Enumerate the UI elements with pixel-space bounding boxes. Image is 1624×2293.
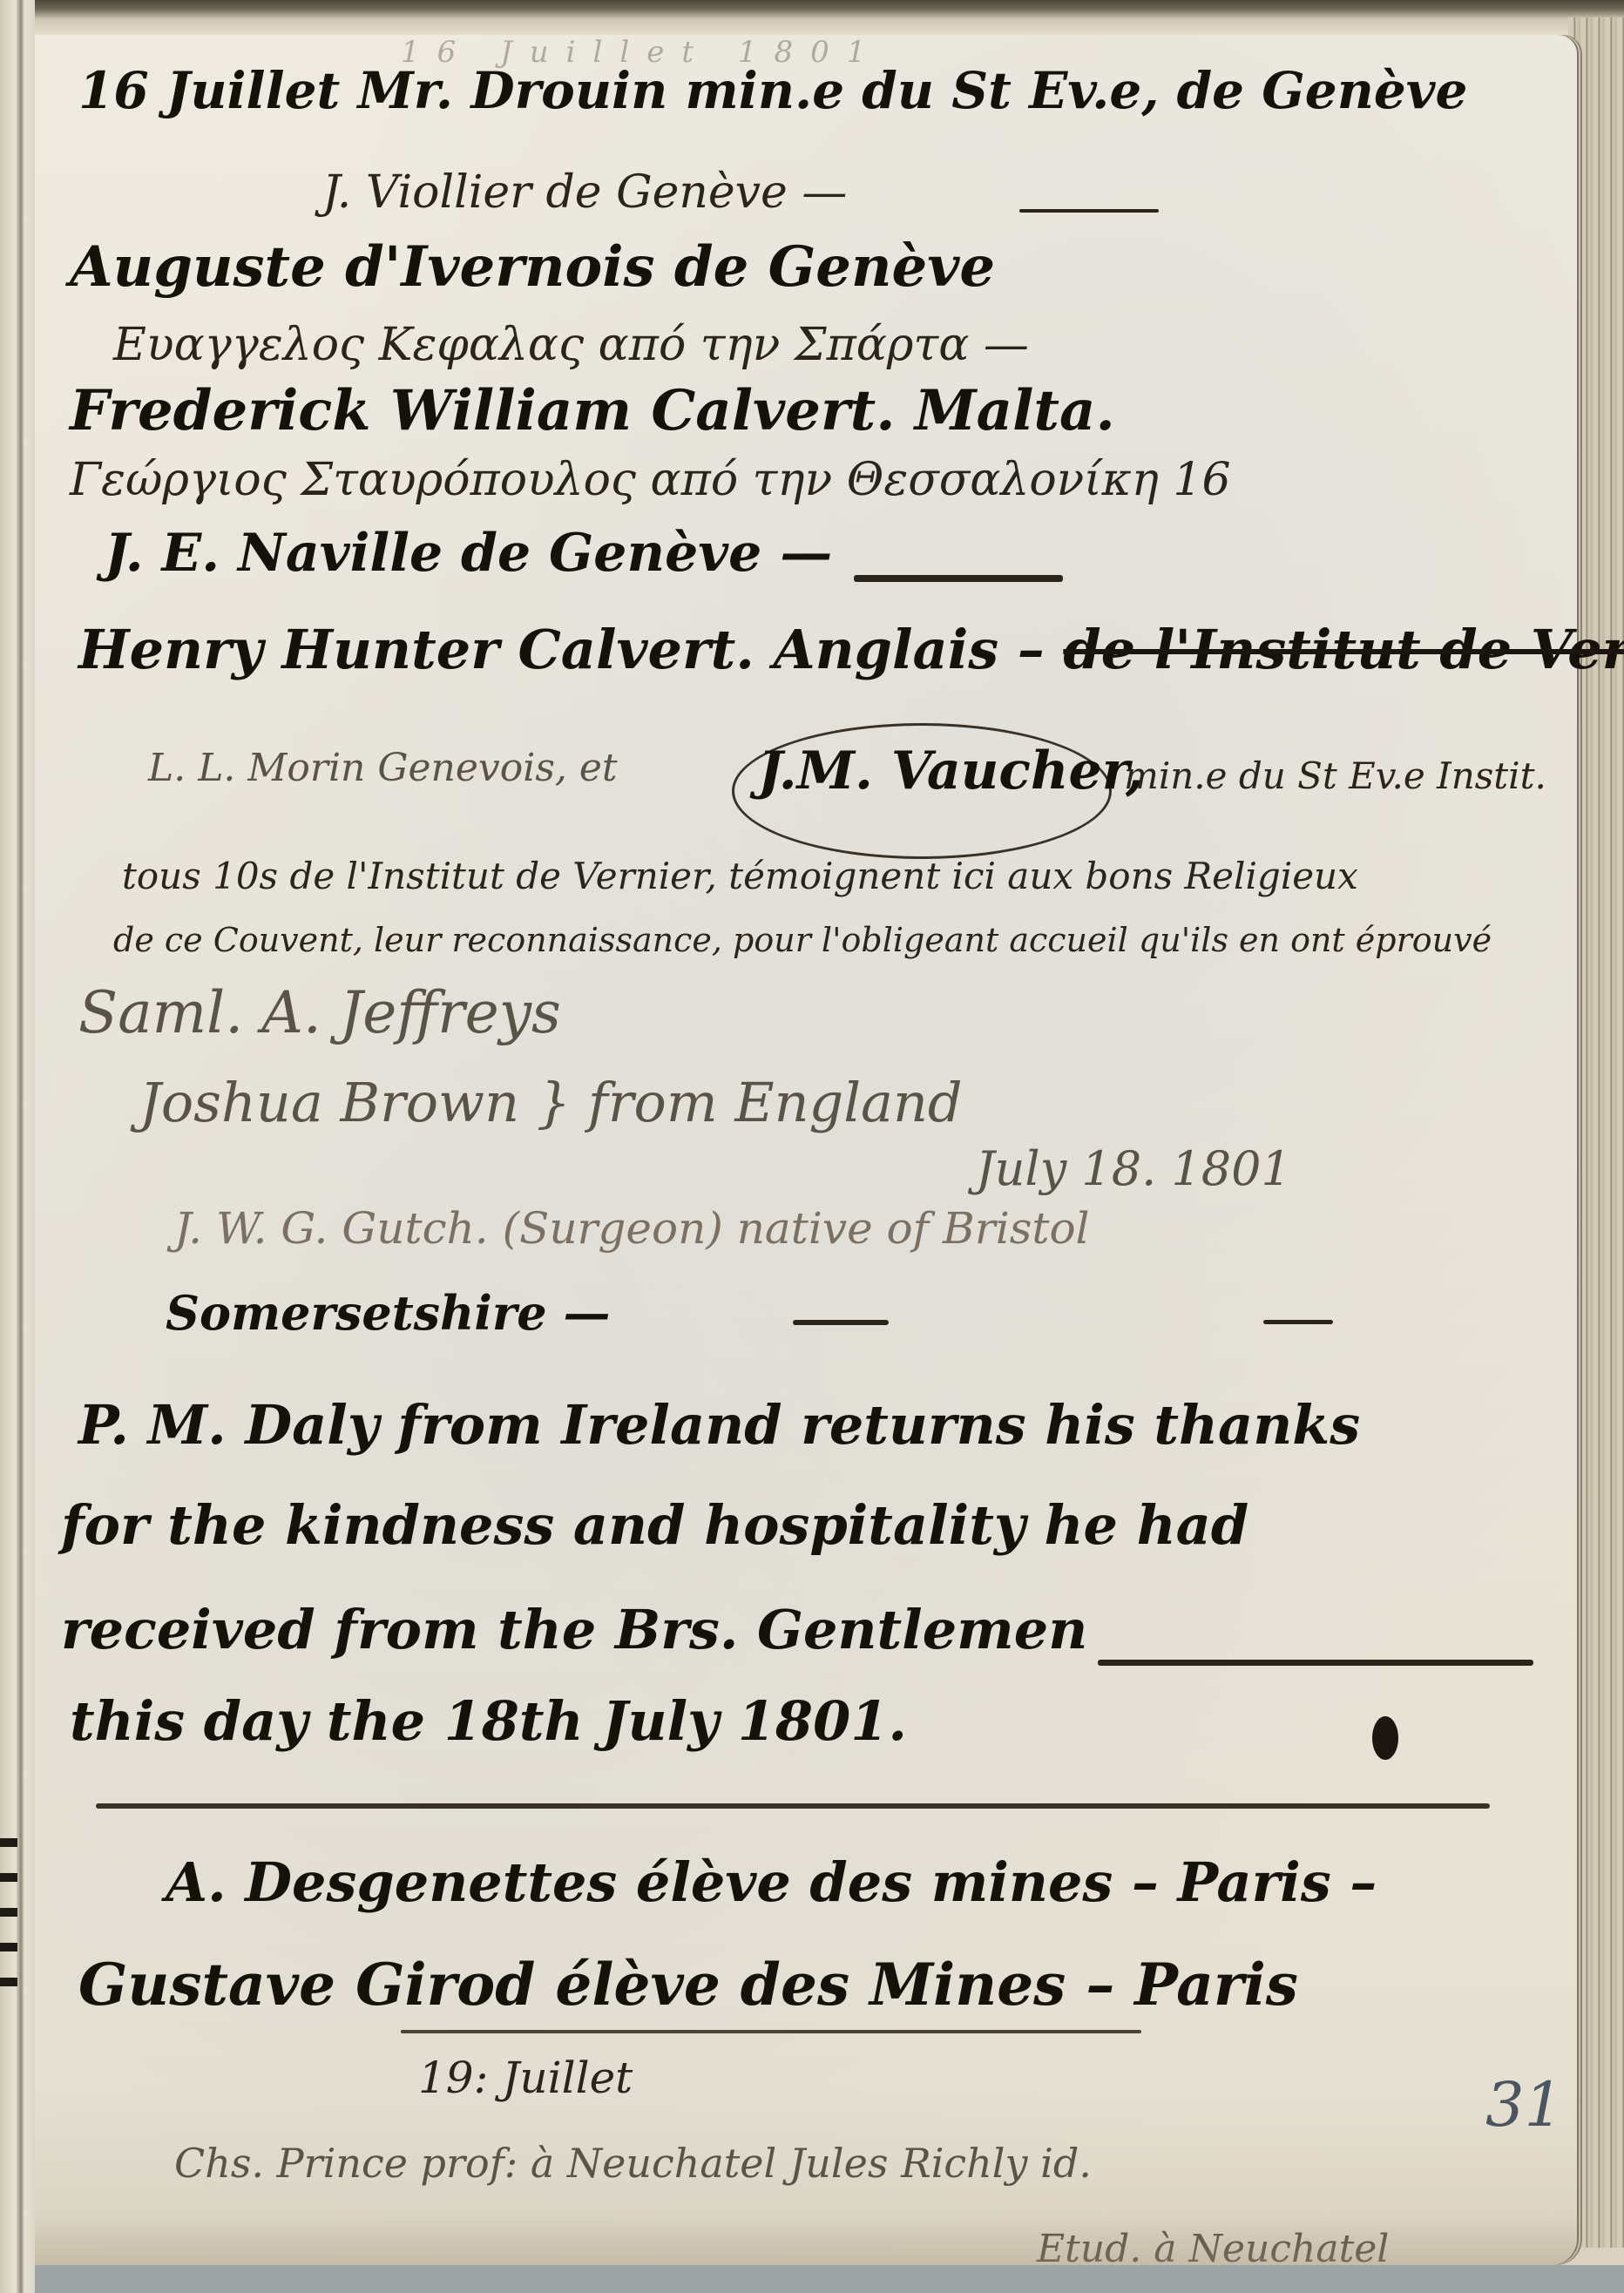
entry-line: J. Viollier de Genève — bbox=[322, 170, 847, 215]
manuscript-page: 16 Juillet 1801 16 Juillet Mr. Drouin mi… bbox=[35, 35, 1577, 2265]
entry-rule bbox=[1098, 1660, 1533, 1666]
binding-gutter bbox=[0, 0, 35, 2293]
struck-text: de l'Institut de Vernier bbox=[1063, 618, 1624, 681]
entry-line: A. Desgenettes élève des mines – Paris – bbox=[166, 1856, 1377, 1910]
entry-line: Ευαγγελος Κεφαλας από την Σπάρτα — bbox=[113, 322, 1029, 368]
section-divider bbox=[96, 1803, 1490, 1809]
entry-line: P. M. Daly from Ireland returns his than… bbox=[78, 1398, 1360, 1452]
entry-line: 19: Juillet bbox=[418, 2056, 633, 2100]
page-bottom-wear bbox=[35, 2213, 1577, 2265]
page-number: 31 bbox=[1485, 2069, 1563, 2141]
ink-blot bbox=[1372, 1716, 1398, 1760]
entry-line: Chs. Prince prof: à Neuchatel Jules Rich… bbox=[174, 2143, 1092, 2183]
entry-line: Gustave Girod élève des Mines – Paris bbox=[78, 1956, 1298, 2013]
entry-line: Frederick William Calvert. Malta. bbox=[70, 383, 1115, 439]
entry-line: min.e du St Ev.e Instit. bbox=[1124, 758, 1546, 795]
entry-line: received from the Brs. Gentlemen bbox=[61, 1603, 1087, 1657]
entry-rule bbox=[1019, 209, 1159, 213]
entry-line: J. W. G. Gutch. (Surgeon) native of Bris… bbox=[174, 1207, 1090, 1250]
entry-text: Henry Hunter Calvert. Anglais – bbox=[78, 618, 1045, 681]
entry-rule bbox=[793, 1320, 889, 1325]
entry-line: Saml. A. Jeffreys bbox=[78, 984, 561, 1042]
entry-line: Somersetshire — bbox=[166, 1289, 610, 1336]
entry-line: de ce Couvent, leur reconnaissance, pour… bbox=[113, 923, 1492, 957]
entry-line: Joshua Brown } from England bbox=[139, 1076, 963, 1130]
entry-line: J. E. Naville de Genève — bbox=[105, 527, 832, 579]
entry-line: tous 10s de l'Institut de Vernier, témoi… bbox=[122, 858, 1358, 895]
entry-line: 16 Juillet Mr. Drouin min.e du St Ev.e, … bbox=[78, 65, 1467, 116]
entry-rule bbox=[854, 575, 1063, 582]
entry-line: L. L. Morin Genevois, et bbox=[148, 749, 618, 788]
entry-line: Henry Hunter Calvert. Anglais – de l'Ins… bbox=[78, 623, 1624, 677]
entry-line: this day the 18th July 1801. bbox=[70, 1694, 907, 1748]
entry-rule bbox=[1263, 1320, 1333, 1324]
signature: J.M. Vaucher, bbox=[758, 745, 1144, 797]
entry-line: July 18. 1801 bbox=[976, 1146, 1291, 1193]
entry-line: for the kindness and hospitality he had bbox=[61, 1498, 1248, 1552]
entry-rule bbox=[401, 2030, 1141, 2033]
facing-page-ink-marks bbox=[0, 1812, 19, 2012]
entry-line: Auguste d'Ivernois de Genève bbox=[70, 240, 995, 295]
entry-line: Γεώργιος Σταυρόπουλος από την Θεσσαλονίκ… bbox=[70, 457, 1231, 503]
